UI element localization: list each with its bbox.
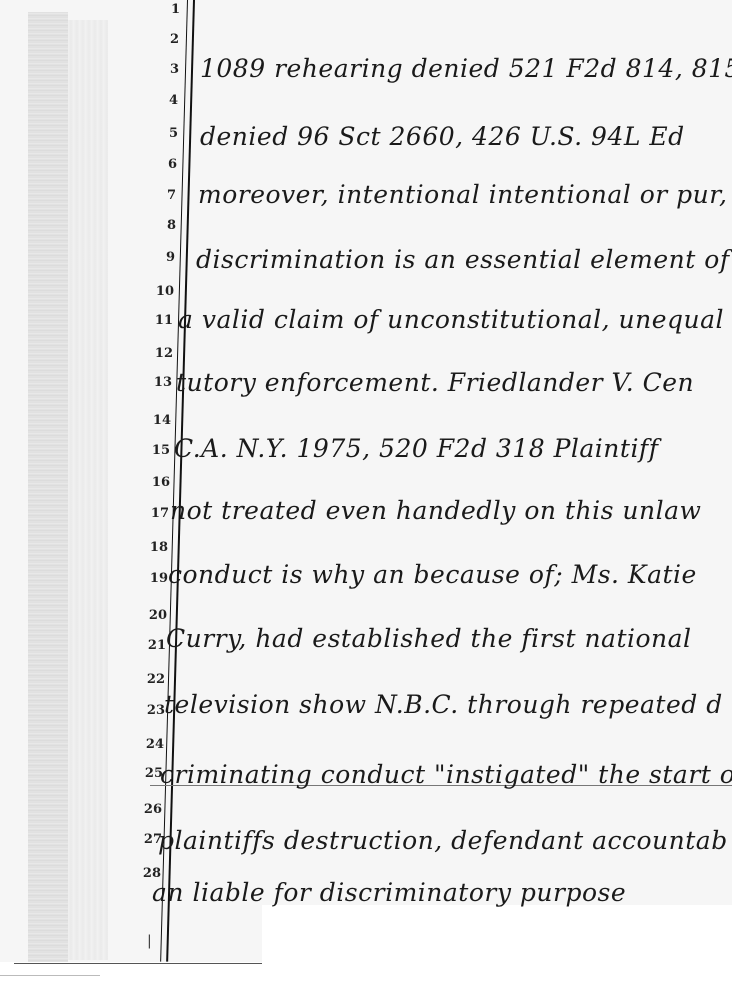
handwritten-line: Curry, had established the first nationa… <box>166 624 692 653</box>
line-number: 11 <box>149 313 173 328</box>
handwritten-line: a valid claim of unconstitutional, unequ… <box>178 305 724 334</box>
line-number: 16 <box>146 475 170 490</box>
line-number: 3 <box>155 62 179 77</box>
line-number: 2 <box>155 32 179 47</box>
handwritten-line: conduct is why an because of; Ms. Katie <box>168 560 697 589</box>
handwritten-line: television show N.B.C. through repeated … <box>164 690 723 719</box>
handwritten-line: not treated even handedly on this unlaw <box>170 496 701 525</box>
handwritten-line: criminating conduct "instigated" the sta… <box>160 760 732 789</box>
line-number: 15 <box>146 443 170 458</box>
line-number: 1 <box>156 2 180 17</box>
page-background <box>0 964 732 988</box>
line-number: 13 <box>148 375 172 390</box>
line-number: 22 <box>141 672 165 687</box>
line-number: 10 <box>150 284 174 299</box>
page-bottom-edge-secondary <box>0 975 100 976</box>
handwritten-line: an liable for discriminatory purpose <box>152 878 626 907</box>
line-number: 18 <box>144 540 168 555</box>
handwritten-line: plaintiffs destruction, defendant accoun… <box>158 826 728 855</box>
stray-mark: | <box>147 933 152 949</box>
line-number: 21 <box>142 638 166 653</box>
blank-page-area <box>262 905 732 965</box>
line-number: 12 <box>149 346 173 361</box>
handwritten-line: 1089 rehearing denied 521 F2d 814, 815 c <box>200 54 732 83</box>
page-bottom-edge <box>14 963 262 964</box>
line-number: 9 <box>151 250 175 265</box>
handwritten-line: discrimination is an essential element o… <box>196 245 730 274</box>
line-number: 8 <box>152 218 176 233</box>
line-number: 6 <box>153 157 177 172</box>
line-number: 14 <box>147 413 171 428</box>
line-number: 4 <box>154 93 178 108</box>
line-number: 19 <box>144 571 168 586</box>
line-number: 20 <box>143 608 167 623</box>
line-number: 23 <box>141 703 165 718</box>
line-number: 7 <box>152 188 176 203</box>
handwritten-line: moreover, intentional intentional or pur… <box>198 180 727 209</box>
handwritten-line: denied 96 Sct 2660, 426 U.S. 94L Ed <box>200 122 685 151</box>
line-number: 5 <box>154 126 178 141</box>
scan-margin-texture <box>68 20 108 960</box>
handwritten-line: tutory enforcement. Friedlander V. Cen <box>176 368 694 397</box>
line-number: 17 <box>145 506 169 521</box>
scan-margin-shadow <box>28 12 68 962</box>
line-number: 24 <box>140 737 164 752</box>
line-number: 26 <box>138 802 162 817</box>
handwritten-line: C.A. N.Y. 1975, 520 F2d 318 Plaintiff <box>174 434 658 463</box>
